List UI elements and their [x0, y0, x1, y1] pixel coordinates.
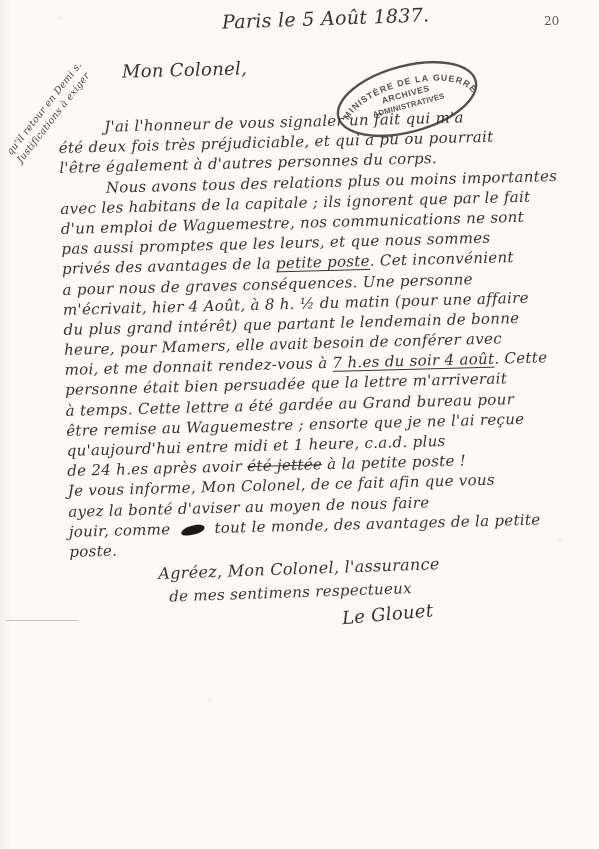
text-run: à la petite poste ! [322, 452, 466, 474]
text-run: été jettée [247, 455, 322, 475]
salutation: Mon Colonel, [122, 58, 248, 82]
paper-crease-line [6, 620, 78, 621]
text-run: . Cette [494, 349, 547, 368]
closing-block: Agréez, Mon Colonel, l'assurance de mes … [158, 554, 442, 633]
text-run: jouir, comme [69, 520, 176, 541]
scanned-letter-page: Paris le 5 Août 1837. 20 qu'il retour en… [0, 0, 599, 849]
text-run: . Cet inconvénient [370, 248, 514, 270]
letter-body: J'ai l'honneur de vous signaler un fait … [58, 105, 561, 562]
dateline: Paris le 5 Août 1837. [222, 4, 430, 33]
text-run: petite poste [276, 252, 370, 272]
page-number: 20 [544, 14, 559, 28]
text-run: poste. [69, 542, 117, 561]
ink-blot [180, 523, 205, 537]
